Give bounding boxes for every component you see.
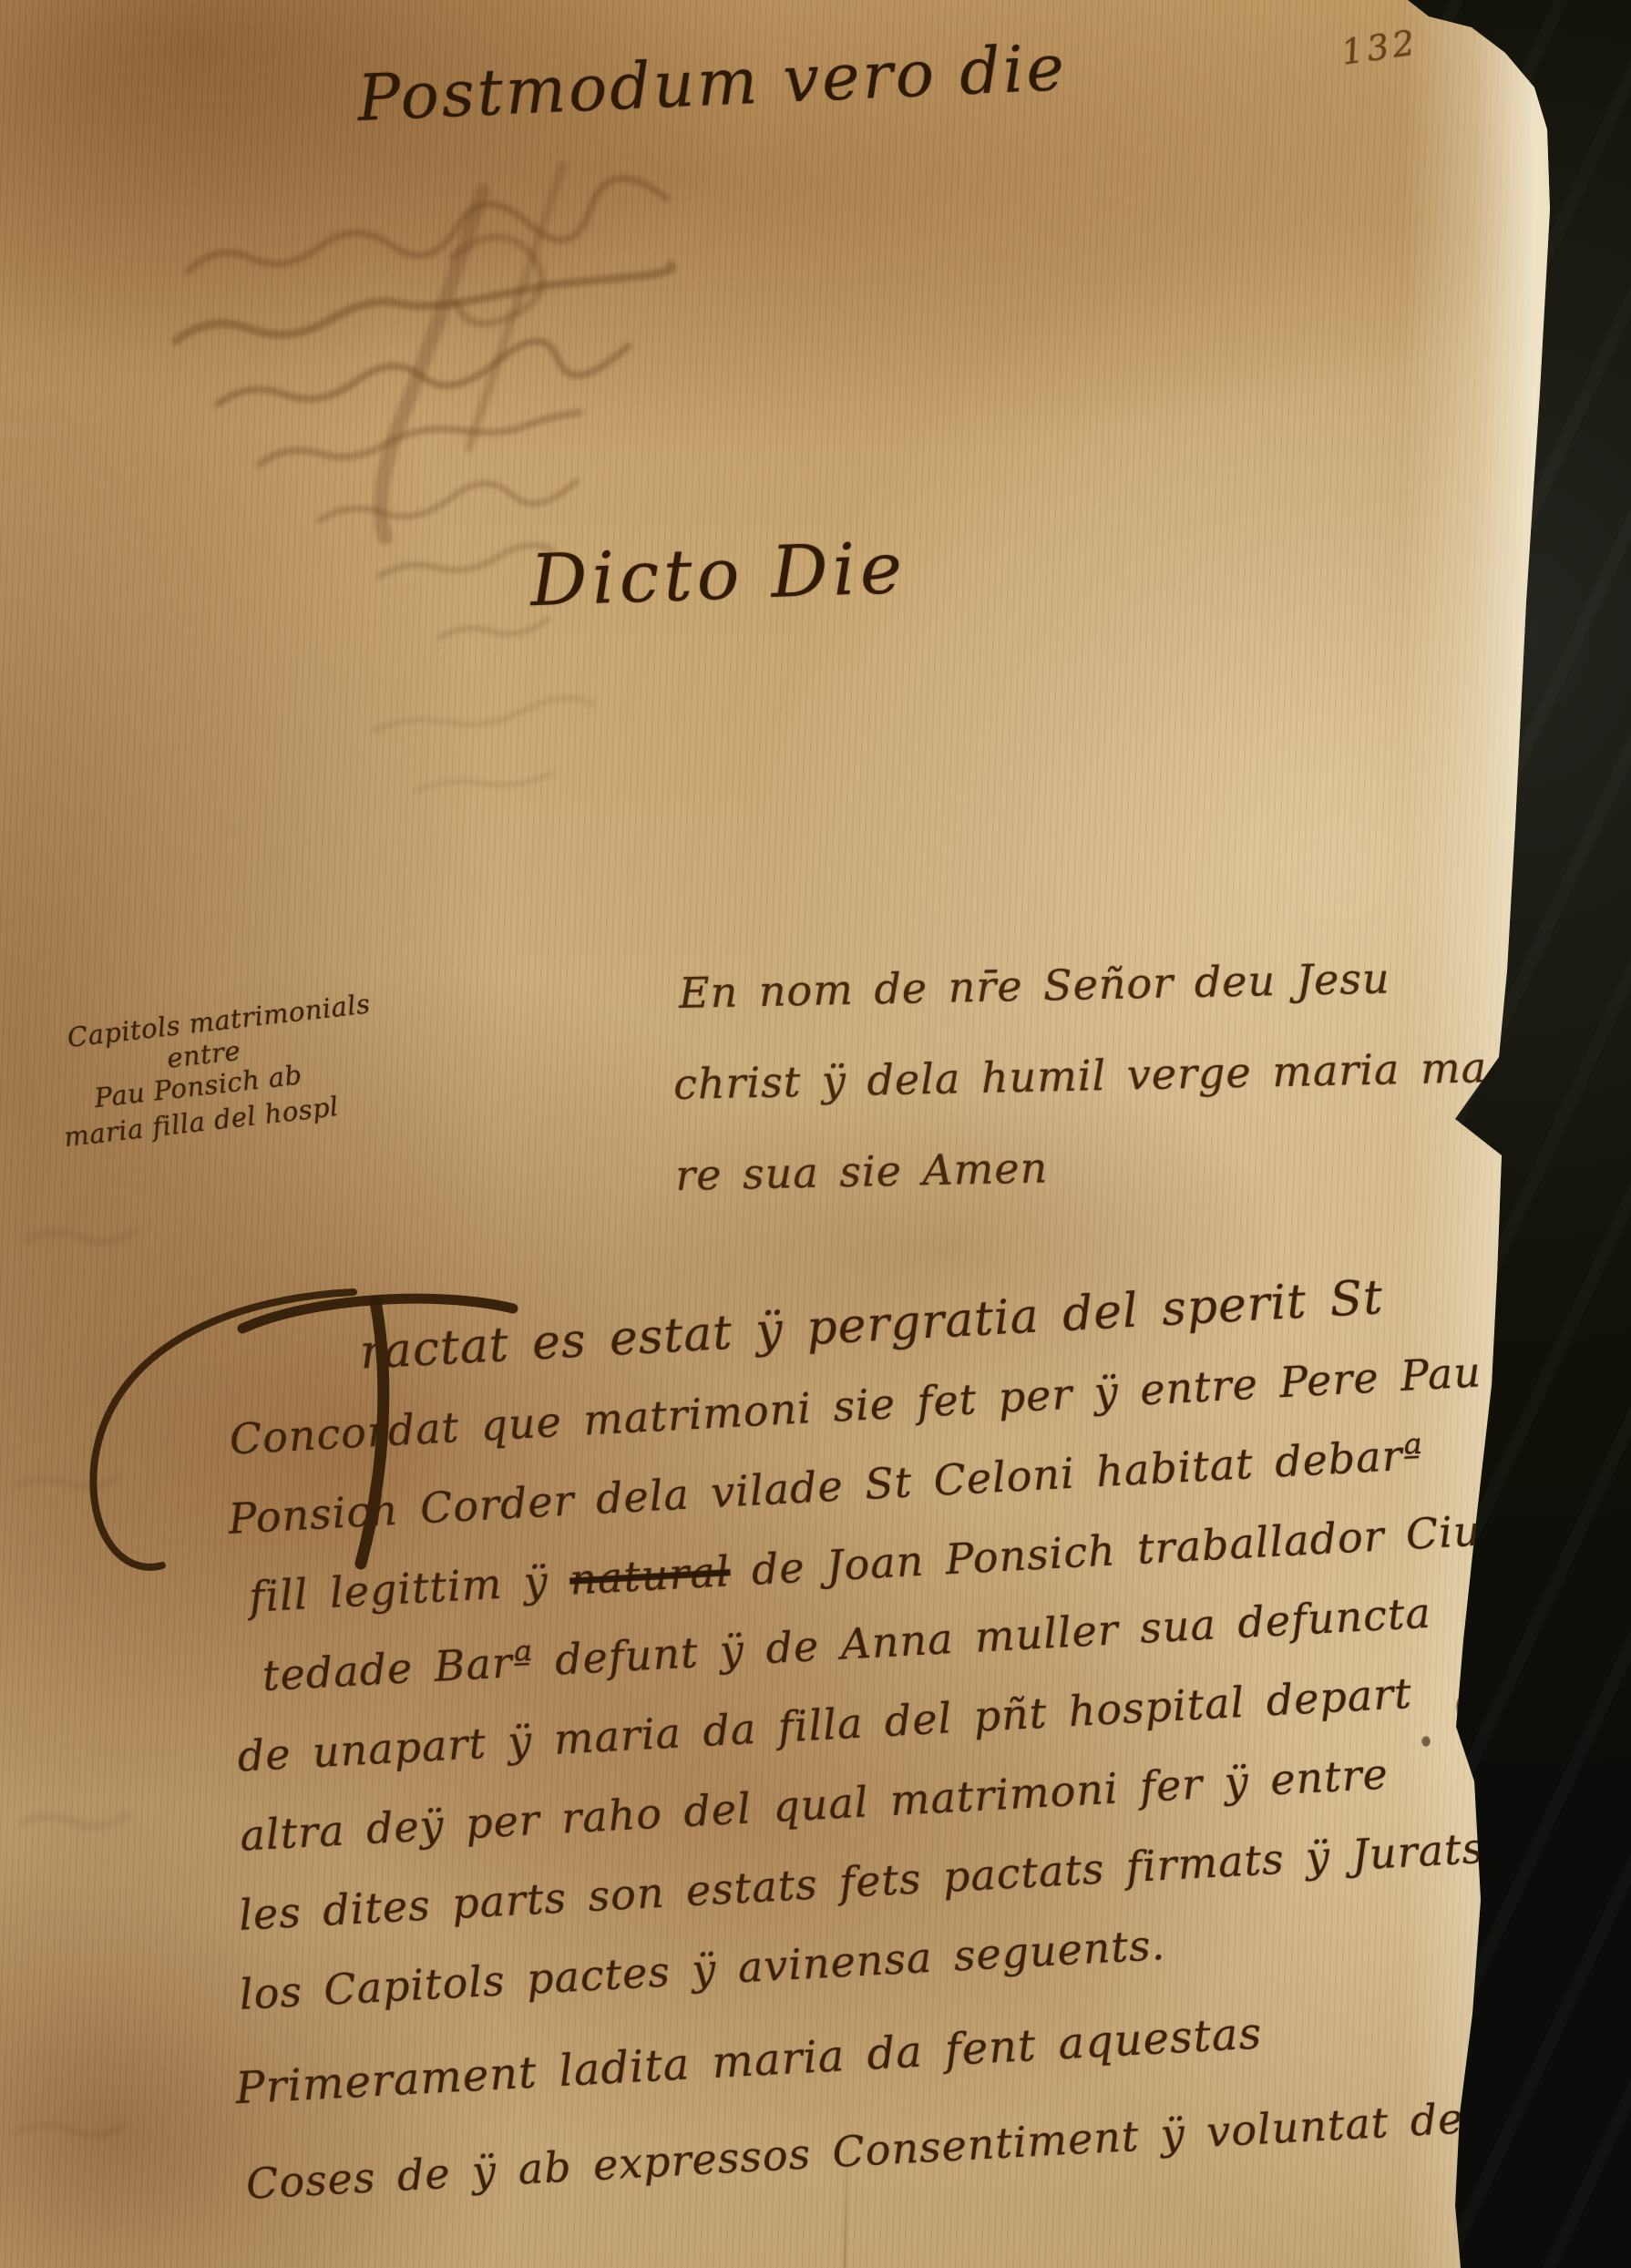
manuscript-page: Postmodum vero die 132 Dicto Die En nom … bbox=[0, 0, 1631, 2268]
ink-spot bbox=[1456, 1693, 1474, 1720]
show-through-ink bbox=[73, 117, 1394, 937]
show-through-ink-left bbox=[0, 1185, 200, 2232]
contract-paragraph: ractat es estat ÿ pergratia del sperit S… bbox=[187, 1250, 1580, 2224]
page-title-latin: Postmodum vero die bbox=[356, 30, 1069, 136]
margin-note: Capitols matrimonials entre Pau Ponsich … bbox=[51, 986, 384, 1155]
section-heading: Dicto Die bbox=[529, 528, 908, 622]
manuscript-photo: { "folio_number": "132", "ink_color": "#… bbox=[0, 0, 1631, 2268]
invocation-line: re sua sie Amen bbox=[674, 1113, 1490, 1221]
invocation-block: En nom de nr̄e Señor deu Jesu christ ÿ d… bbox=[671, 930, 1490, 1221]
invocation-line: En nom de nr̄e Señor deu Jesu bbox=[678, 930, 1486, 1039]
body-line-segment: fill legittim ÿ bbox=[248, 1555, 571, 1622]
struck-word: natural bbox=[569, 1546, 732, 1604]
invocation-line: christ ÿ dela humil verge maria ma bbox=[672, 1021, 1488, 1130]
